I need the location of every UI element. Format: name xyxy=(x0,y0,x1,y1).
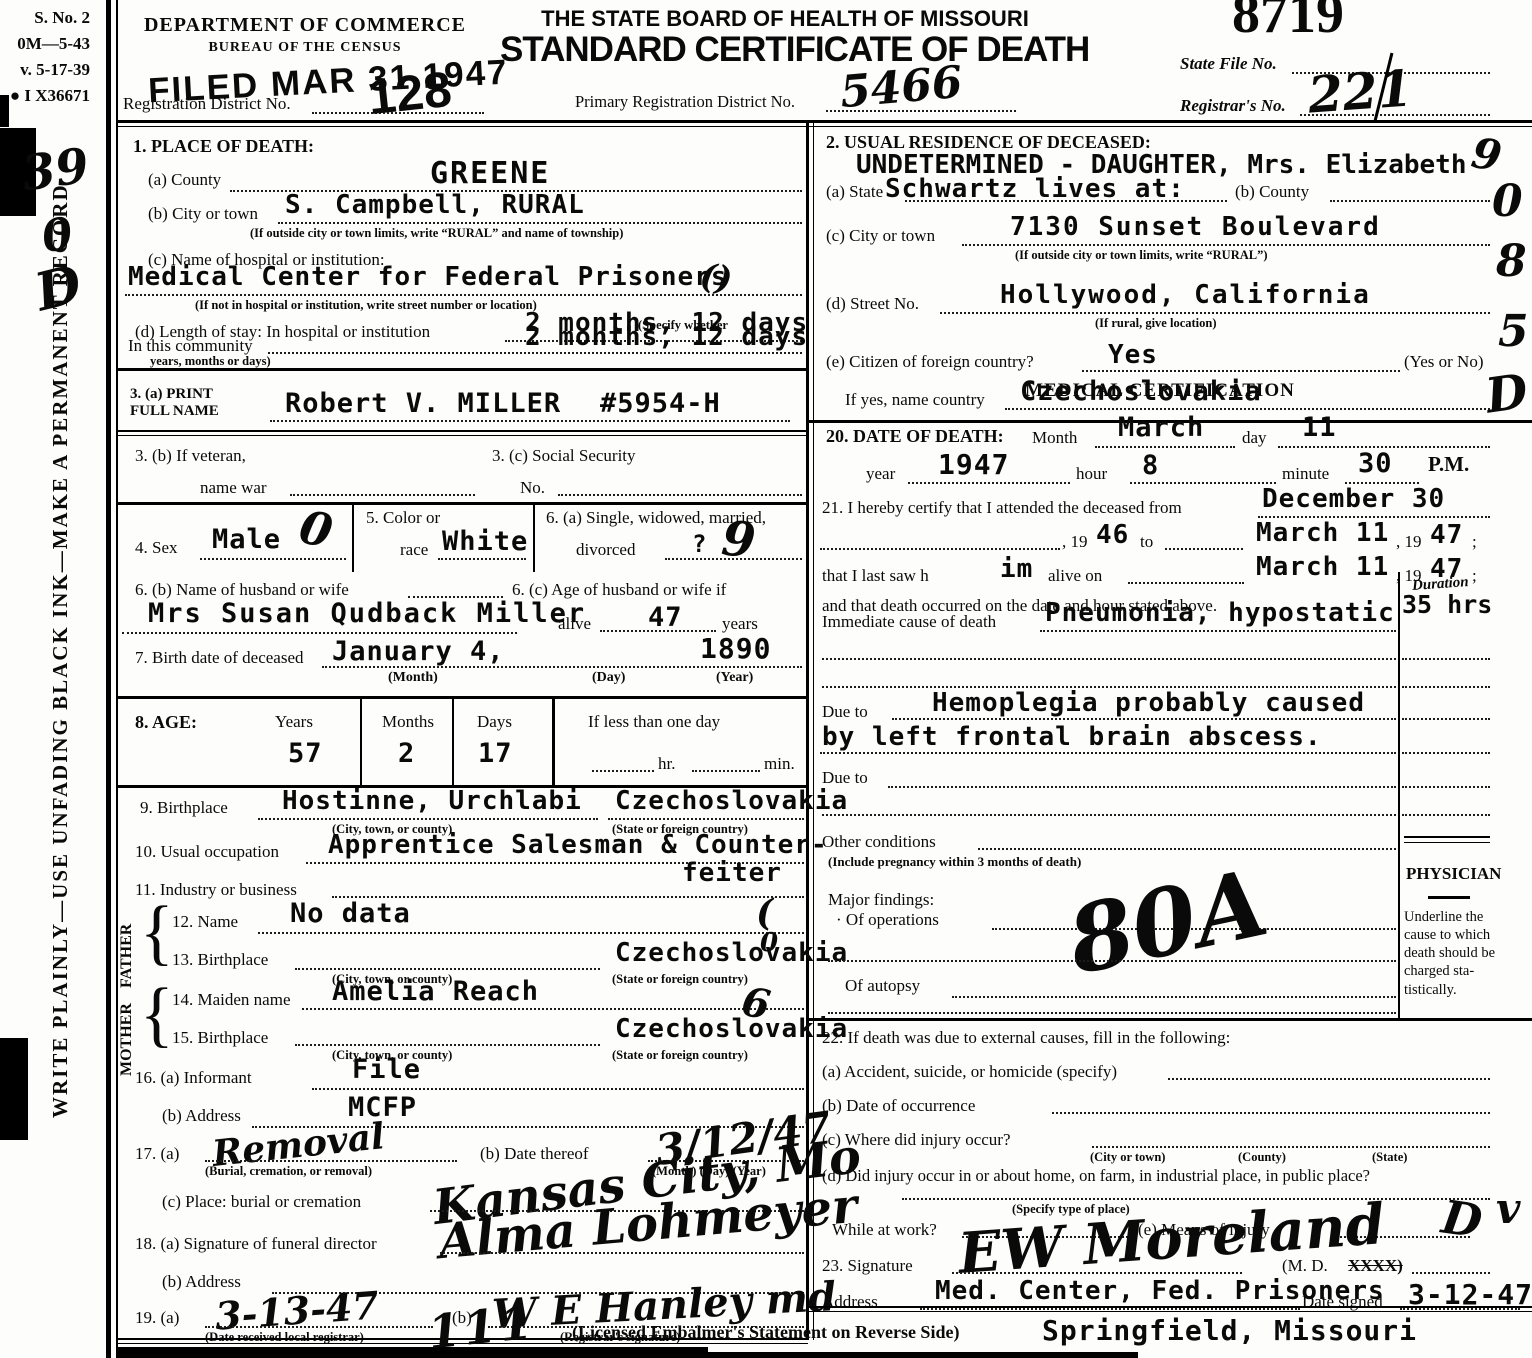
age-col-months: Months xyxy=(382,712,434,732)
age-months-value: 2 xyxy=(398,738,415,769)
physician-box-rule2 xyxy=(1404,842,1490,843)
occupation-label: 10. Usual occupation xyxy=(135,842,279,862)
section1-bottom-rule xyxy=(118,368,808,371)
due-to1-line xyxy=(892,718,1396,720)
rightcol-bottom-rule2 xyxy=(809,1311,1532,1312)
sex-label: 4. Sex xyxy=(135,538,178,558)
age-hr-label: hr. xyxy=(658,754,675,774)
residence-city-value: 7130 Sunset Boulevard xyxy=(1010,212,1381,242)
age-heading: 8. AGE: xyxy=(135,712,197,733)
embalmer-note: (Licensed Embalmer's Statement on Revers… xyxy=(572,1322,959,1343)
lastsaw-date-value: March 11 xyxy=(1256,552,1389,582)
occupation-value: Apprentice Salesman & Counter- xyxy=(328,830,828,860)
informant-line xyxy=(312,1088,804,1090)
street-no-label: (d) Street No. xyxy=(826,294,919,314)
registrar-no-label: Registrar's No. xyxy=(1180,96,1286,116)
month-line xyxy=(1095,446,1235,448)
funeral-address-label: (b) Address xyxy=(162,1272,241,1292)
due-to1-line2 xyxy=(820,752,1396,754)
funeral-director-label: 18. (a) Signature of funeral director xyxy=(135,1234,377,1254)
veteran-war-label: name war xyxy=(200,478,267,498)
birthdate-year-value: 1890 xyxy=(700,632,771,665)
cause-blank-line3 xyxy=(822,814,1396,816)
birthdate-note-day: (Day) xyxy=(592,670,625,686)
physician-signature-label: 23. Signature xyxy=(822,1256,913,1276)
certificate-title: STANDARD CERTIFICATE OF DEATH xyxy=(500,30,1070,70)
ssn-label: 3. (c) Social Security xyxy=(492,446,636,466)
veteran-war-line xyxy=(290,494,475,496)
marital-line xyxy=(665,558,802,560)
birthplace-city-value: Hostinne, Urchlabi xyxy=(282,786,582,816)
physician-note: Underline the cause to which death shoul… xyxy=(1404,908,1500,999)
birthdate-value: January 4, xyxy=(332,636,505,667)
spouse-label: 6. (b) Name of husband or wife xyxy=(135,580,349,600)
spouse-value: Mrs Susan Qudback Miller xyxy=(148,598,586,629)
mother-side-label: MOTHER xyxy=(118,984,136,1076)
immediate-cause-label: Immediate cause of death xyxy=(822,612,996,632)
name-row-rule xyxy=(118,430,808,432)
city-town-line xyxy=(278,222,802,224)
birthplace-label: 9. Birthplace xyxy=(140,798,228,818)
specify-note2: years, months or days) xyxy=(150,354,271,369)
year-value: 1947 xyxy=(938,448,1009,481)
accident-label: (a) Accident, suicide, or homicide (spec… xyxy=(822,1062,1117,1082)
father-name-line xyxy=(258,932,804,934)
to-date-value: March 11 xyxy=(1256,518,1389,548)
scan-blob-bottom-band xyxy=(708,1352,1138,1358)
mother-brace: { xyxy=(140,978,174,1052)
duration-stub1 xyxy=(1402,658,1490,660)
birthdate-line xyxy=(322,666,802,668)
physician-label: PHYSICIAN xyxy=(1406,864,1501,884)
certify-line2-19b: , 19 xyxy=(1396,532,1422,552)
year-line xyxy=(908,482,1070,484)
spouse-line xyxy=(122,632,517,634)
place-of-death-heading: 1. PLACE OF DEATH: xyxy=(133,136,314,157)
print-label2: FULL NAME xyxy=(130,403,219,420)
pen-mark-edge: D xyxy=(1482,363,1531,424)
sex-value: Male xyxy=(212,524,281,555)
of-autopsy-line xyxy=(952,996,1396,998)
age-min-label: min. xyxy=(764,754,795,774)
received-label: 19. (a) xyxy=(135,1308,179,1328)
father-birthplace-note-country: (State or foreign country) xyxy=(612,972,748,987)
death-certificate-scan: S. No. 2 0M—5-43 v. 5-17-39 ● I X36671 3… xyxy=(0,0,1532,1358)
received-date-line xyxy=(205,1326,433,1328)
spouse-age-line xyxy=(600,630,716,632)
spouse-age-label1: 6. (c) Age of husband or wife if xyxy=(512,580,726,600)
father-birthplace-line xyxy=(295,968,600,970)
pen-mark-sex: 0 xyxy=(295,499,338,558)
injury-place-label: (d) Did injury occur in or about home, o… xyxy=(822,1166,1370,1186)
age-hr-line xyxy=(592,770,654,772)
year-label: year xyxy=(866,464,895,484)
cause-blank-line1 xyxy=(822,658,1396,660)
date-of-death-label: 20. DATE OF DEATH: xyxy=(826,426,1004,447)
pen-mark-edge: 5 xyxy=(1498,306,1529,357)
age-col-days: Days xyxy=(477,712,512,732)
dept-line1: DEPARTMENT OF COMMERCE xyxy=(140,14,470,37)
form-code-line: v. 5-17-39 xyxy=(0,60,90,80)
occupation-value2: feiter xyxy=(682,858,782,888)
informant-address-label: (b) Address xyxy=(162,1106,241,1126)
physician-signature-line xyxy=(952,1272,1242,1274)
mother-maiden-label: 14. Maiden name xyxy=(172,990,291,1010)
other-conditions-label: Other conditions xyxy=(822,832,936,852)
certify-line3a: that I last saw h xyxy=(822,566,929,586)
other-conditions-note: (Include pregnancy within 3 months of de… xyxy=(828,854,1081,870)
immediate-cause-line xyxy=(1040,630,1396,632)
certify-line3b: alive on xyxy=(1048,566,1102,586)
disposition-line xyxy=(205,1160,457,1162)
citizen-note: (Yes or No) xyxy=(1404,352,1484,372)
birthdate-label: 7. Birth date of deceased xyxy=(135,648,304,668)
prisoner-number-value: #5954-H xyxy=(600,388,721,419)
certify-line2-semi: ; xyxy=(1472,532,1477,552)
informant-value: File xyxy=(352,1054,421,1085)
scan-blob xyxy=(0,1038,28,1140)
due-to2-line xyxy=(888,786,1396,788)
community-value: 2 months, 12 days xyxy=(525,322,808,352)
while-at-work-label: While at work? xyxy=(832,1220,937,1240)
scan-blob-bottom-band xyxy=(118,1347,708,1358)
sex-line xyxy=(200,558,346,560)
physician-address-label: Address xyxy=(822,1292,878,1312)
duration-stub4 xyxy=(1402,752,1490,754)
birthplace-line2 xyxy=(608,818,804,820)
date-thereof-label: (b) Date thereof xyxy=(480,1144,589,1164)
day-value: 11 xyxy=(1302,412,1337,443)
father-birthplace-label: 13. Birthplace xyxy=(172,950,268,970)
md-line xyxy=(1412,1272,1490,1274)
funeral-director-line xyxy=(440,1252,804,1254)
age-divider2 xyxy=(452,699,454,785)
minute-value: 30 xyxy=(1358,448,1393,479)
minute-label: minute xyxy=(1282,464,1329,484)
father-birthplace-value: Czechoslovakia xyxy=(615,938,848,968)
certify-line3-mid xyxy=(1128,582,1244,584)
father-side-label: FATHER xyxy=(118,898,136,988)
father-brace: { xyxy=(140,896,174,970)
residence-county-line xyxy=(1330,200,1490,202)
corner-number: 8719 xyxy=(1232,0,1344,46)
due-to1-value: Hemoplegia probably caused xyxy=(932,688,1365,718)
injury-note-state: (State) xyxy=(1372,1150,1407,1165)
springfield-typed: Springfield, Missouri xyxy=(1042,1314,1417,1347)
physician-dash xyxy=(1428,896,1470,899)
race-label1: 5. Color or xyxy=(366,508,440,528)
pen-mark-injury1: D xyxy=(1438,1189,1485,1248)
residence-city-line xyxy=(962,244,1490,246)
due-to1-label: Due to xyxy=(822,702,868,722)
him-value: im xyxy=(1000,554,1033,584)
residence-state-label: (a) State xyxy=(826,182,883,202)
ssn-line xyxy=(558,494,802,496)
certify-line1: 21. I hereby certify that I attended the… xyxy=(822,498,1182,518)
findings-blank-line xyxy=(828,960,1396,962)
marital-value: ? xyxy=(692,530,707,558)
primary-registration-label: Primary Registration District No. xyxy=(575,92,795,112)
age-col-years: Years xyxy=(275,712,313,732)
hour-label: hour xyxy=(1076,464,1107,484)
race-line xyxy=(438,558,526,560)
due-to1-value2: by left frontal brain abscess. xyxy=(822,722,1322,752)
community-line xyxy=(268,352,802,354)
tally-mark: 111 xyxy=(425,1295,538,1358)
left-border xyxy=(106,0,111,1358)
duration-stub2 xyxy=(1402,686,1490,688)
due-to2-label: Due to xyxy=(822,768,868,788)
community-label: In this community xyxy=(128,336,253,356)
informant-label: 16. (a) Informant xyxy=(135,1068,252,1088)
hospital-line xyxy=(125,294,802,296)
hour-line xyxy=(1130,482,1276,484)
dept-line2: BUREAU OF THE CENSUS xyxy=(140,40,470,56)
from-year-value: 46 xyxy=(1096,520,1129,550)
findings-blank-line2 xyxy=(828,1012,1396,1014)
certify-line2-mid xyxy=(1165,548,1243,550)
mother-birthplace-label: 15. Birthplace xyxy=(172,1028,268,1048)
pen-mark-marital: 9 xyxy=(719,510,758,569)
mother-maiden-value: Amelia Reach xyxy=(332,976,539,1007)
birthdate-note-month: (Month) xyxy=(388,670,438,686)
certify-line2-to: to xyxy=(1140,532,1153,552)
sex-race-divider xyxy=(352,502,354,572)
hour-value: 8 xyxy=(1142,450,1159,481)
md-crossed: XXXX) xyxy=(1348,1256,1403,1276)
marital-label2: divorced xyxy=(576,540,635,560)
immediate-cause-value: Pneumonia, hypostatic xyxy=(1045,598,1395,628)
pen-mark-edge: 8 xyxy=(1496,236,1527,287)
date-signed-label: Date signed xyxy=(1302,1292,1383,1312)
county-value: GREENE xyxy=(430,156,550,191)
father-name-value: No data xyxy=(290,898,411,929)
mother-birthplace-note-country: (State or foreign country) xyxy=(612,1048,748,1063)
mother-birthplace-line xyxy=(295,1044,600,1046)
certify-line2-lead xyxy=(820,548,1060,550)
month-label: Month xyxy=(1032,428,1077,448)
duration-stub3 xyxy=(1402,718,1490,720)
duration-stub5 xyxy=(1402,786,1490,788)
pen-mark-edge: 0 xyxy=(1492,176,1523,227)
disposition-note: (Burial, cremation, or removal) xyxy=(205,1164,372,1179)
duration-value: 35 hrs xyxy=(1402,590,1492,619)
of-operations-label: · Of operations xyxy=(836,910,939,930)
findings-bottom-rule xyxy=(809,1018,1532,1021)
citizen-label: (e) Citizen of foreign country? xyxy=(826,352,1034,372)
injury-note-county: (County) xyxy=(1238,1150,1286,1165)
to-year-value: 47 xyxy=(1430,520,1463,550)
month-value: March xyxy=(1118,412,1204,443)
residence-county-label: (b) County xyxy=(1235,182,1309,202)
major-findings-label: Major findings: xyxy=(828,890,934,910)
burial-place-label: (c) Place: burial or cremation xyxy=(162,1192,361,1212)
attended-from-value: December 30 xyxy=(1262,484,1445,514)
certify-line3-semi: ; xyxy=(1472,566,1477,586)
injury-where-label: (c) Where did injury occur? xyxy=(822,1130,1011,1150)
citizen-line xyxy=(1082,370,1400,372)
duration-column-rule xyxy=(1398,572,1400,1018)
city-town-label: (b) City or town xyxy=(148,204,258,224)
birthdate-note-year: (Year) xyxy=(716,670,753,686)
birthplace-line xyxy=(258,818,598,820)
age-days-value: 17 xyxy=(478,738,513,769)
physician-box-rule1 xyxy=(1404,836,1490,838)
physician-address-line xyxy=(920,1308,1300,1310)
accident-line xyxy=(1168,1078,1490,1080)
age-years-value: 57 xyxy=(288,738,323,769)
injury-where-line xyxy=(1092,1146,1490,1148)
registrar-no-value: 221 xyxy=(1306,58,1414,124)
rightcol-bottom-rule xyxy=(809,1306,1532,1308)
age-min-line xyxy=(692,770,760,772)
external-causes-heading: 22. If death was due to external causes,… xyxy=(822,1028,1230,1048)
state-file-label: State File No. xyxy=(1180,54,1277,74)
registration-district-stamp: 128 xyxy=(365,60,454,126)
occurrence-date-line xyxy=(1052,1112,1490,1114)
race-label2: race xyxy=(400,540,428,560)
header-bottom-rule2 xyxy=(118,126,1532,127)
age-divider1 xyxy=(360,699,362,785)
ampm-label: P.M. xyxy=(1428,452,1469,477)
disposition-label: 17. (a) xyxy=(135,1144,179,1164)
ssn-no-label: No. xyxy=(520,478,545,498)
spouse-age-label2: alive xyxy=(558,614,591,634)
birthdate-row-rule xyxy=(118,696,808,699)
of-autopsy-label: Of autopsy xyxy=(845,976,920,996)
veteran-row-rule xyxy=(118,502,808,505)
registration-district-label: Registration District No. xyxy=(123,94,291,114)
duration-stub6 xyxy=(1402,814,1490,816)
form-code-line: S. No. 2 xyxy=(0,8,90,28)
occurrence-date-label: (b) Date of occurrence xyxy=(822,1096,975,1116)
primary-registration-value: 5466 xyxy=(838,57,964,118)
hospital-value: Medical Center for Federal Prisoners xyxy=(128,262,728,292)
pen-mark-edge: 9 xyxy=(1468,128,1505,181)
county-label: (a) County xyxy=(148,170,221,190)
street-no-note: (If rural, give location) xyxy=(1095,316,1217,331)
left-border-inner xyxy=(116,0,118,1358)
full-name-value: Robert V. MILLER xyxy=(285,388,561,419)
spouse-age-unit: years xyxy=(722,614,758,634)
form-code-line: ● I X36671 xyxy=(0,86,90,106)
other-conditions-line xyxy=(978,848,1396,850)
day-label: day xyxy=(1242,428,1267,448)
print-label1: 3. (a) PRINT xyxy=(130,386,213,403)
certify-line2-19: , 19 xyxy=(1062,532,1088,552)
residence-state-line xyxy=(905,200,1227,202)
pen-mark-80A: 80A xyxy=(1059,848,1277,995)
street-no-value: Hollywood, California xyxy=(1000,280,1371,310)
date-signed-line xyxy=(1400,1308,1520,1310)
md-label: (M. D. xyxy=(1282,1256,1328,1276)
street-no-line xyxy=(940,312,1490,314)
residence-city-label: (c) City or town xyxy=(826,226,935,246)
form-code-line: 0M—5-43 xyxy=(0,34,90,54)
name-country-line xyxy=(1005,408,1490,410)
hospital-note: (If not in hospital or institution, writ… xyxy=(195,298,537,313)
spouse-age-value: 47 xyxy=(648,602,683,633)
board-title: THE STATE BOARD OF HEALTH OF MISSOURI xyxy=(500,6,1070,32)
birthplace-country-value: Czechoslovakia xyxy=(615,786,848,816)
injury-note-city: (City or town) xyxy=(1090,1150,1165,1165)
margin-instruction: WRITE PLAINLY—USE UNFADING BLACK INK—MAK… xyxy=(48,158,73,1118)
city-town-note: (If outside city or town limits, write “… xyxy=(250,226,623,241)
age-divider3 xyxy=(552,699,555,785)
full-name-line xyxy=(270,420,790,422)
injury-place-line xyxy=(902,1198,1490,1200)
mother-maiden-line xyxy=(302,1008,804,1010)
race-marital-divider xyxy=(533,502,535,572)
age-col-less: If less than one day xyxy=(588,712,720,732)
father-name-label: 12. Name xyxy=(172,912,238,932)
veteran-label: 3. (b) If veteran, xyxy=(135,446,246,466)
medical-cert-heading: MEDICAL CERTIFICATION xyxy=(900,380,1420,402)
citizen-value: Yes xyxy=(1108,340,1158,370)
name-row-rule2 xyxy=(118,435,808,436)
residence-city-note: (If outside city or town limits, write “… xyxy=(1015,248,1268,263)
race-value: White xyxy=(442,526,528,557)
city-town-value: S. Campbell, RURAL xyxy=(285,190,585,220)
pen-mark-injury2: v xyxy=(1496,1184,1520,1233)
pen-mark-13: 0 xyxy=(760,928,778,958)
